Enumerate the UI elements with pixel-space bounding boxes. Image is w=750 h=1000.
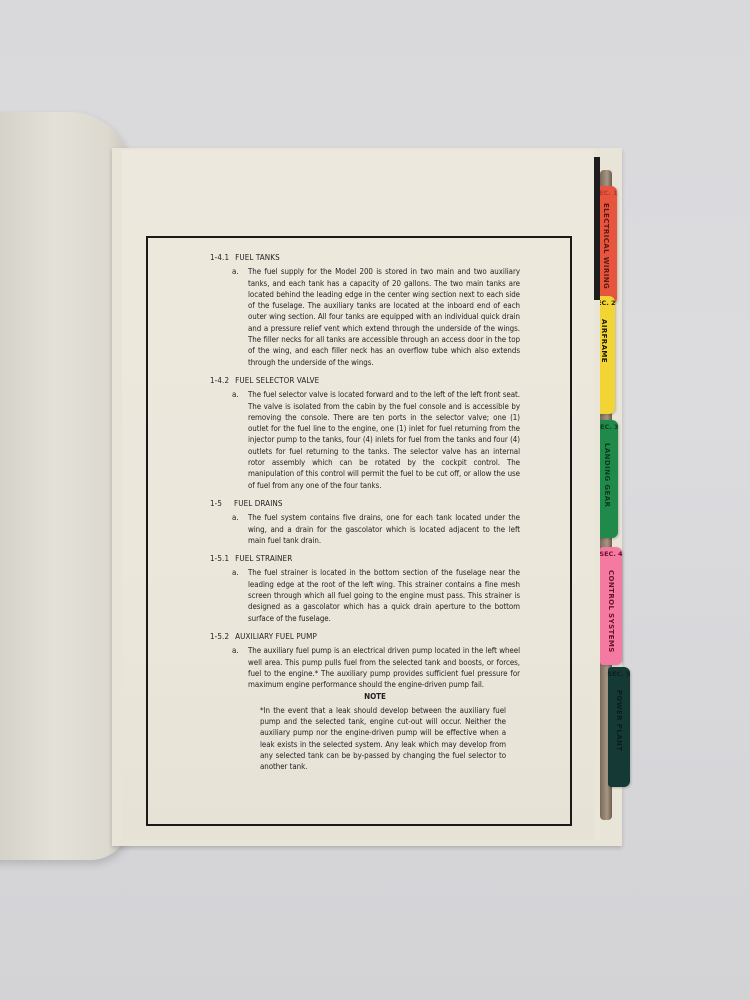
- section-title: FUEL DRAINS: [234, 498, 283, 509]
- note-text: *In the event that a leak should develop…: [260, 705, 506, 773]
- paragraph-label: a.: [232, 567, 248, 623]
- paragraph: a. The auxiliary fuel pump is an electri…: [232, 645, 520, 690]
- tab-section-number: SEC. 4: [599, 550, 622, 558]
- page-content: 1-4.1 FUEL TANKS a. The fuel supply for …: [210, 252, 520, 772]
- tab-label: CONTROL SYSTEMS: [607, 570, 615, 653]
- paragraph-label: a.: [232, 512, 248, 546]
- facing-left-page: [0, 112, 130, 860]
- section-title: FUEL TANKS: [235, 252, 280, 263]
- section-heading: 1-4.1 FUEL TANKS: [210, 252, 520, 263]
- paragraph-text: The fuel selector valve is located forwa…: [248, 389, 520, 491]
- paragraph-text: The fuel system contains five drains, on…: [248, 512, 520, 546]
- paragraph-text: The fuel strainer is located in the bott…: [248, 567, 520, 623]
- tab-label: ELECTRICAL WIRING: [602, 203, 610, 289]
- tab-power-plant[interactable]: SEC. 5 POWER PLANT: [608, 667, 630, 787]
- tab-control-systems[interactable]: SEC. 4 CONTROL SYSTEMS: [600, 547, 622, 665]
- tab-section-number: SEC. 5: [607, 670, 630, 678]
- section-heading: 1-5 FUEL DRAINS: [210, 498, 520, 509]
- tab-label: POWER PLANT: [615, 690, 623, 751]
- tab-label: LANDING GEAR: [603, 443, 611, 507]
- section-title: FUEL STRAINER: [235, 553, 292, 564]
- paragraph: a. The fuel selector valve is located fo…: [232, 389, 520, 491]
- section-heading: 1-5.2 AUXILIARY FUEL PUMP: [210, 631, 520, 642]
- page-edge: [594, 300, 600, 840]
- section-fuel-selector-valve: 1-4.2 FUEL SELECTOR VALVE a. The fuel se…: [210, 375, 520, 491]
- section-number: 1-4.2: [210, 375, 229, 386]
- paragraph-text: The auxiliary fuel pump is an electrical…: [248, 645, 520, 690]
- paragraph: a. The fuel system contains five drains,…: [232, 512, 520, 546]
- section-number: 1-4.1: [210, 252, 229, 263]
- section-fuel-strainer: 1-5.1 FUEL STRAINER a. The fuel strainer…: [210, 553, 520, 624]
- paragraph: a. The fuel strainer is located in the b…: [232, 567, 520, 623]
- paragraph-label: a.: [232, 389, 248, 491]
- section-number: 1-5.2: [210, 631, 229, 642]
- section-fuel-drains: 1-5 FUEL DRAINS a. The fuel system conta…: [210, 498, 520, 546]
- section-fuel-tanks: 1-4.1 FUEL TANKS a. The fuel supply for …: [210, 252, 520, 368]
- section-heading: 1-4.2 FUEL SELECTOR VALVE: [210, 375, 520, 386]
- section-number: 1-5: [210, 498, 228, 509]
- section-auxiliary-fuel-pump: 1-5.2 AUXILIARY FUEL PUMP a. The auxilia…: [210, 631, 520, 773]
- section-title: AUXILIARY FUEL PUMP: [235, 631, 317, 642]
- note-heading: NOTE: [230, 691, 520, 702]
- section-heading: 1-5.1 FUEL STRAINER: [210, 553, 520, 564]
- section-number: 1-5.1: [210, 553, 229, 564]
- paragraph: a. The fuel supply for the Model 200 is …: [232, 266, 520, 368]
- tab-label: AIRFRAME: [600, 319, 608, 363]
- paragraph-label: a.: [232, 645, 248, 690]
- section-title: FUEL SELECTOR VALVE: [235, 375, 319, 386]
- paragraph-text: The fuel supply for the Model 200 is sto…: [248, 266, 520, 368]
- paragraph-label: a.: [232, 266, 248, 368]
